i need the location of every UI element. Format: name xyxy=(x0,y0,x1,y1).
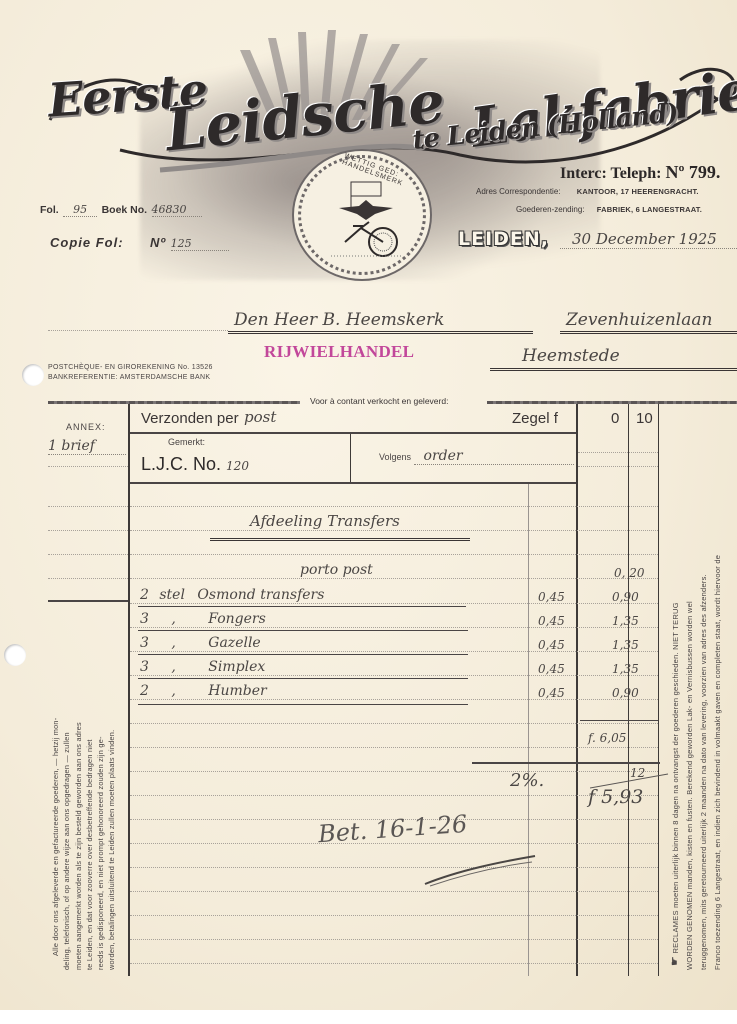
copie-label: Copie Fol: xyxy=(50,235,124,250)
correspondence-value: KANTOOR, 17 HEERENGRACHT. xyxy=(577,187,699,196)
item-description: Humber xyxy=(208,683,266,699)
recipient-name: Den Heer B. Heemskerk xyxy=(234,310,444,330)
postage-total: 0, 20 xyxy=(614,566,645,580)
item-qty: 3 xyxy=(140,611,149,627)
item-total: 1,35 xyxy=(612,614,639,628)
item-price: 0,45 xyxy=(538,662,565,676)
item-description: Gazelle xyxy=(208,635,260,651)
item-qty: 3 xyxy=(140,659,149,675)
grid-line xyxy=(528,484,529,976)
item-underline xyxy=(138,630,468,631)
correspondence-address: Adres Correspondentie: KANTOOR, 17 HEERE… xyxy=(476,187,699,196)
punch-hole xyxy=(4,644,26,666)
item-underline xyxy=(138,678,468,679)
terms-line-text: RECLAMES moeten uiterlijk binnen 8 dagen… xyxy=(671,602,680,953)
marked-number: 120 xyxy=(226,459,249,473)
annex-value: 1 brief xyxy=(48,438,126,455)
item-total: 1,35 xyxy=(612,638,639,652)
folio-reference: Fol. 95 Boek No. 46830 xyxy=(40,200,202,218)
rijwielhandel-stamp: RIJWIELHANDEL xyxy=(264,342,414,362)
correspondence-label: Adres Correspondentie: xyxy=(476,187,561,196)
recipient-city: Heemstede xyxy=(522,346,620,366)
recipient-underline xyxy=(228,331,533,334)
bank-info: POSTCHÈQUE- EN GIROREKENING No. 13526 BA… xyxy=(48,363,213,383)
payment-terms: Alle door ons afgeleverde en gefactureer… xyxy=(50,600,118,970)
copie-no-value: 125 xyxy=(171,237,229,251)
terms-line: teruggenomen, mits geretourneerd uiterli… xyxy=(697,405,711,970)
bicycle-eagle-emblem-icon xyxy=(331,180,401,260)
scan-margin xyxy=(0,1010,737,1024)
item-qty: 2 xyxy=(140,587,149,603)
section-title: Voor à contant verkocht en geleverd: xyxy=(310,396,448,406)
department-heading: Afdeeling Transfers xyxy=(250,512,400,530)
item-unit: , xyxy=(171,683,175,699)
address-rule xyxy=(48,330,228,331)
annex-label: ANNEX: xyxy=(66,422,106,432)
line-item: 2 stel Osmond transfers 0,45 0,90 xyxy=(140,586,660,604)
terms-line: ☛ RECLAMES moeten uiterlijk binnen 8 dag… xyxy=(668,405,683,970)
marked-label: Gemerkt: xyxy=(168,437,205,447)
copie-no-label: Nº xyxy=(150,235,166,250)
fol-value: 95 xyxy=(63,203,97,217)
street-underline xyxy=(560,331,737,334)
discount-label: 2%. xyxy=(510,770,544,791)
trademark-seal: WETTIG GED: HANDELSMERK xyxy=(298,155,426,275)
item-total: 0,90 xyxy=(612,590,639,604)
telephone-number: Nº 799. xyxy=(665,162,720,182)
item-underline xyxy=(138,654,468,655)
terms-line: Alle door ons afgeleverde en gefactureer… xyxy=(50,600,61,970)
boek-label: Boek No. xyxy=(102,204,148,216)
terms-line: Franco toezending 6 Langestraat, en indi… xyxy=(711,405,725,970)
telephone-line: Interc: Teleph: Nº 799. xyxy=(560,162,720,183)
item-unit: , xyxy=(171,635,175,651)
heading-underline xyxy=(210,538,470,541)
according-label-text: Volgens xyxy=(379,452,411,462)
item-total: 1,35 xyxy=(612,662,639,676)
place-label: LEIDEN, xyxy=(458,228,549,250)
line-item: 3 , Fongers 0,45 1,35 xyxy=(140,610,660,628)
marked-value: L.J.C. No. 120 xyxy=(141,454,249,475)
terms-line: moeten aangemerkt worden als te zijn bes… xyxy=(73,600,84,970)
shipping-label: Goederen-zending: xyxy=(516,205,585,214)
subtotal: f. 6,05 xyxy=(588,731,626,745)
copie-reference: Copie Fol: Nº 125 xyxy=(50,234,229,252)
subtotal-rule xyxy=(580,720,658,721)
postage-description: porto post xyxy=(300,562,373,578)
punch-hole xyxy=(22,364,44,386)
marked-prefix: L.J.C. No. xyxy=(141,454,221,474)
telephone-label: Interc: Teleph: xyxy=(560,165,661,182)
shipped-by-value: post xyxy=(244,408,276,426)
shipping-address: Goederen-zending: FABRIEK, 6 LANGESTRAAT… xyxy=(516,205,702,214)
paid-underline-stroke xyxy=(420,850,540,890)
section-rule-right xyxy=(487,401,737,404)
fol-label: Fol. xyxy=(40,204,59,216)
recipient-street: Zevenhuizenlaan xyxy=(566,310,712,330)
item-underline xyxy=(138,606,466,607)
shipping-value: FABRIEK, 6 LANGESTRAAT. xyxy=(597,205,702,214)
stamp-duty-guilders: 0 xyxy=(611,410,619,427)
according-label: Volgens order xyxy=(379,448,574,465)
stamp-duty-cents: 10 xyxy=(636,410,653,427)
item-price: 0,45 xyxy=(538,590,565,604)
row-rule xyxy=(130,432,576,434)
item-price: 0,45 xyxy=(538,638,565,652)
postcheque-account: POSTCHÈQUE- EN GIROREKENING No. 13526 xyxy=(48,363,213,373)
line-item: 2 , Humber 0,45 0,90 xyxy=(140,682,660,700)
total-rule xyxy=(472,762,660,764)
according-value: order xyxy=(414,448,574,465)
item-underline xyxy=(138,704,468,705)
item-price: 0,45 xyxy=(538,686,565,700)
terms-line: te Leiden, en dat voor zooverre over des… xyxy=(84,600,95,970)
bank-reference: BANKREFERENTIE: AMSTERDAMSCHE BANK xyxy=(48,373,213,383)
claims-terms: ☛ RECLAMES moeten uiterlijk binnen 8 dag… xyxy=(668,405,725,970)
invoice-date: 30 December 1925 xyxy=(560,230,737,249)
pointing-hand-icon: ☛ xyxy=(669,956,681,966)
city-underline xyxy=(490,368,737,371)
line-item: 3 , Simplex 0,45 1,35 xyxy=(140,658,660,676)
net-total: f 5,93 xyxy=(588,786,643,808)
terms-line: deling, telefonisch, of op andere wijze … xyxy=(61,600,72,970)
shipped-by-label: Verzonden per xyxy=(141,410,239,427)
item-unit: stel xyxy=(159,587,185,603)
stamp-duty-label: Zegel f xyxy=(512,410,558,427)
item-total: 0,90 xyxy=(612,686,639,700)
item-qty: 3 xyxy=(140,635,149,651)
item-description: Fongers xyxy=(208,611,266,627)
section-rule-left xyxy=(48,401,300,404)
row-rule xyxy=(130,482,576,484)
terms-line: reeds is gedisponeerd, en niet prompt ge… xyxy=(95,600,106,970)
item-unit: , xyxy=(171,611,175,627)
item-qty: 2 xyxy=(140,683,149,699)
terms-line: WORDEN GENOMEN manden, kisten en fusten.… xyxy=(683,405,697,970)
item-unit: , xyxy=(171,659,175,675)
terms-line: worden, betalingen uitsluitend te Leiden… xyxy=(106,600,117,970)
grid-line xyxy=(350,432,351,484)
item-description: Osmond transfers xyxy=(197,587,324,603)
boek-value: 46830 xyxy=(152,203,202,217)
item-description: Simplex xyxy=(208,659,265,675)
line-item: 3 , Gazelle 0,45 1,35 xyxy=(140,634,660,652)
item-price: 0,45 xyxy=(538,614,565,628)
